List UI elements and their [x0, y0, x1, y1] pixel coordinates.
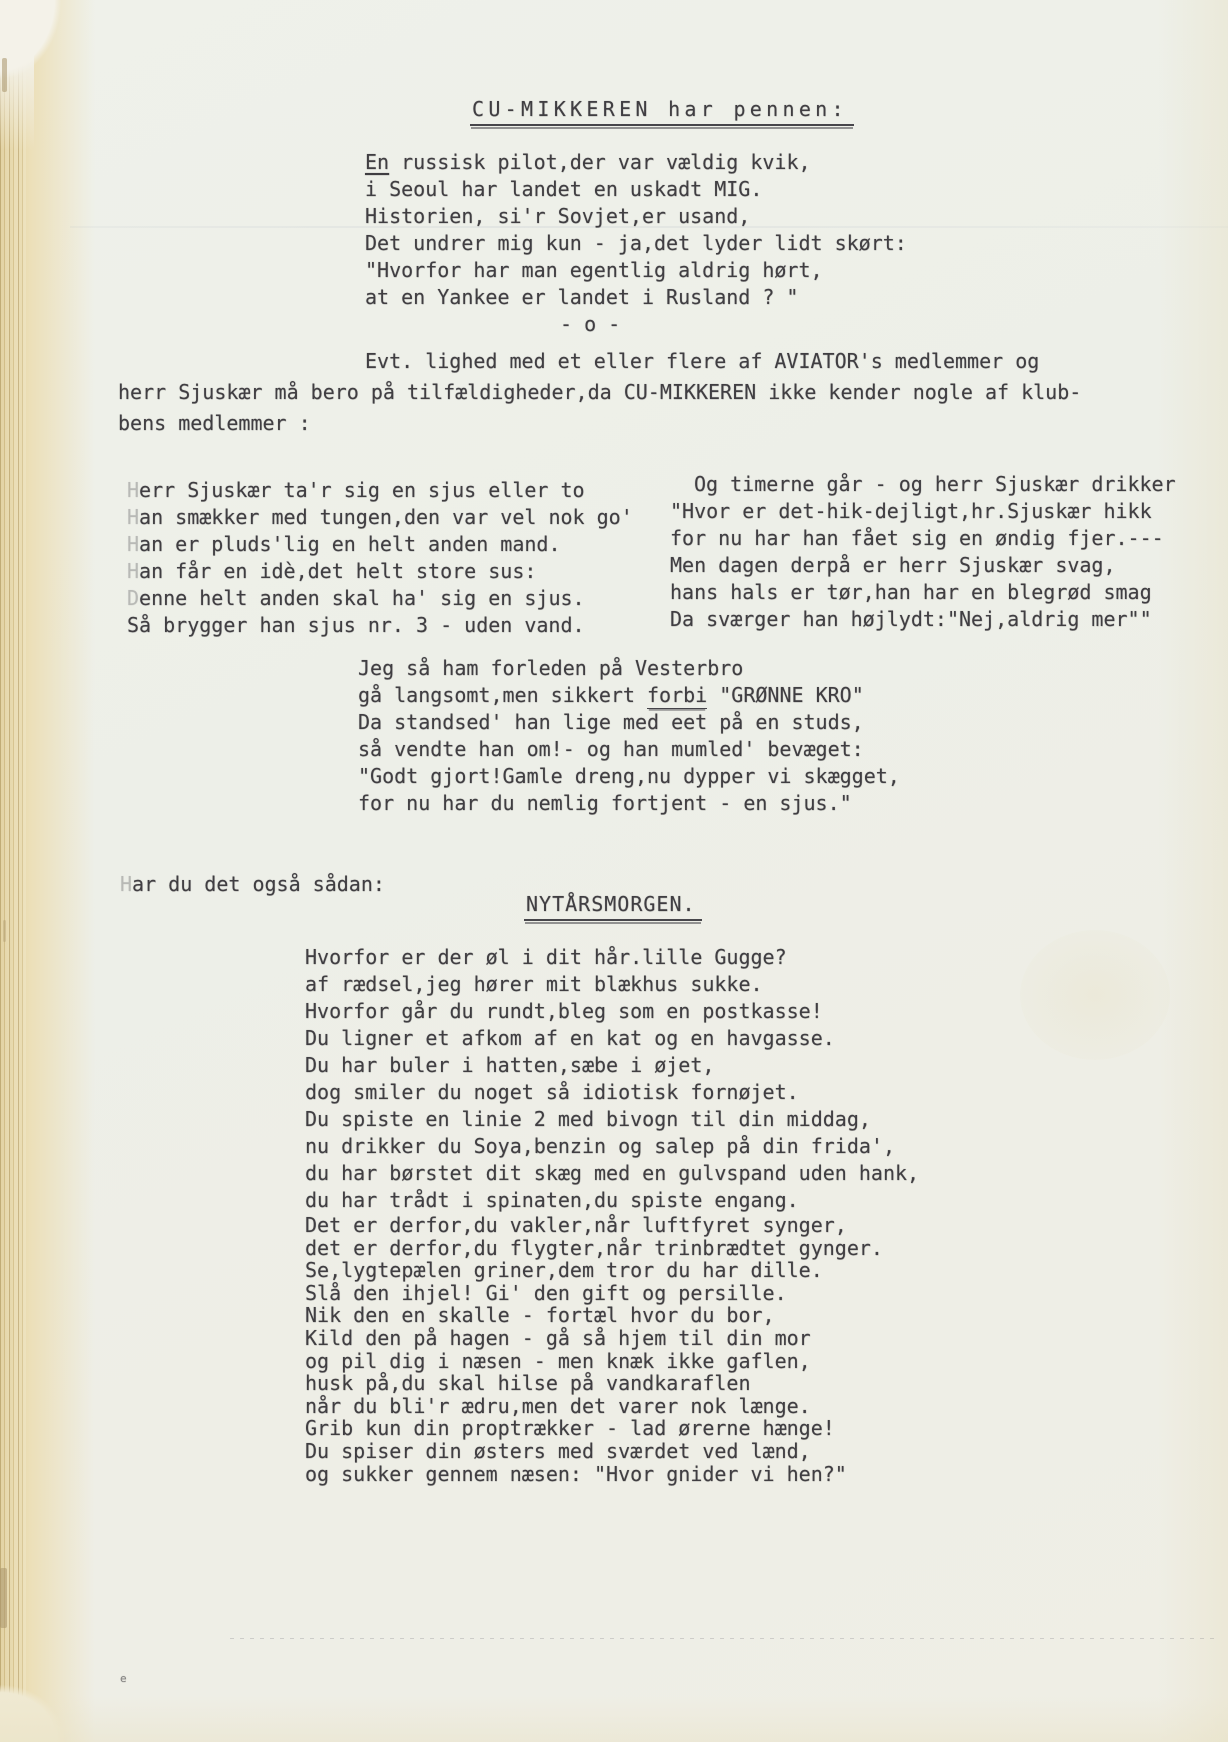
- text-line: Evt. lighed med et eller flere af AVIATO…: [118, 346, 1081, 377]
- faded-letters: D: [127, 586, 139, 610]
- poem-russian-pilot: En russisk pilot,der var vældig kvik,i S…: [365, 149, 907, 311]
- top-left-page-curl: [0, 0, 70, 90]
- poem-sjuskaer-right-column: Og timerne går - og herr Sjuskær drikker…: [670, 471, 1228, 633]
- paper-stain: [1020, 930, 1170, 1060]
- text-line: Herr Sjuskær ta'r sig en sjus eller to: [127, 477, 633, 504]
- lead-in-question: Har du det også sådan:: [120, 871, 385, 898]
- paper-crease-dotted: [230, 1638, 1218, 1639]
- text-line: i Seoul har landet en uskadt MIG.: [365, 176, 907, 203]
- faded-letters: H: [120, 872, 132, 896]
- text-line: Nik den en skalle - fortæl hvor du bor,: [305, 1304, 919, 1327]
- text-line: Du ligner et afkom af en kat og en havga…: [305, 1025, 919, 1052]
- text-line: Da sværger han højlydt:"Nej,aldrig mer"": [670, 606, 1228, 633]
- edge-tear-mark: [0, 1568, 7, 1628]
- text-line: nu drikker du Soya,benzin og salep på di…: [305, 1133, 919, 1160]
- text-line: du har børstet dit skæg med en gulvspand…: [305, 1160, 919, 1187]
- edge-tear-mark: [3, 920, 6, 942]
- line-segment: gå langsomt,men sikkert: [358, 683, 647, 707]
- text-line: Han får en idè,det helt store sus:: [127, 558, 633, 585]
- text-line: Da standsed' han lige med eet på en stud…: [358, 709, 900, 736]
- text-line: og pil dig i næsen - men knæk ikke gafle…: [305, 1350, 919, 1373]
- faded-letters: H: [127, 478, 139, 502]
- text-line: husk på,du skal hilse på vandkaraflen: [305, 1372, 919, 1395]
- text-line: "Godt gjort!Gamle dreng,nu dypper vi skæ…: [358, 763, 900, 790]
- faded-letters: H: [127, 559, 139, 583]
- text-line: du har trådt i spinaten,du spiste engang…: [305, 1187, 919, 1214]
- text-line: Grib kun din proptrækker - lad ørerne hæ…: [305, 1417, 919, 1440]
- line-segment: "GRØNNE KRO": [707, 683, 864, 707]
- separator-ornament: - o -: [560, 312, 620, 336]
- text-line: Han smækker med tungen,den var vel nok g…: [127, 504, 633, 531]
- text-line: Historien, si'r Sovjet,er usand,: [365, 203, 907, 230]
- text-line: af rædsel,jeg hører mit blækhus sukke.: [305, 971, 919, 998]
- text-line: Han er pluds'lig en helt anden mand.: [127, 531, 633, 558]
- poem-sjuskaer-left-column: Herr Sjuskær ta'r sig en sjus eller toHa…: [127, 477, 633, 639]
- text-line: Hvorfor går du rundt,bleg som en postkas…: [305, 998, 919, 1025]
- faded-letters: H: [127, 532, 139, 556]
- bottom-edge-tint: [0, 1696, 1228, 1742]
- text-line: for nu har han fået sig en øndig fjer.--…: [670, 525, 1228, 552]
- section-heading-nytaarsmorgen: NYTÅRSMORGEN.: [524, 892, 702, 921]
- text-line: så vendte han om!- og han mumled' bevæge…: [358, 736, 900, 763]
- faded-letters: H: [127, 505, 139, 529]
- text-line: Jeg så ham forleden på Vesterbro: [358, 655, 900, 682]
- edge-tear-mark: [2, 58, 7, 92]
- heading-underlined-text: CU-MIKKEREN har pennen:: [470, 97, 854, 126]
- heading-underlined-text: NYTÅRSMORGEN.: [524, 892, 702, 921]
- scanned-newsletter-page: CU-MIKKEREN har pennen: En russisk pilot…: [0, 0, 1228, 1742]
- text-line: Det er derfor,du vakler,når luftfyret sy…: [305, 1214, 919, 1237]
- text-line: og sukker gennem næsen: "Hvor gnider vi …: [305, 1463, 919, 1486]
- text-line: Hvorfor er der øl i dit hår.lille Gugge?: [305, 944, 919, 971]
- text-line: Du spiste en linie 2 med bivogn til din …: [305, 1106, 919, 1133]
- underlined-letters: En: [365, 150, 389, 174]
- text-line: Så brygger han sjus nr. 3 - uden vand.: [127, 612, 633, 639]
- stray-ink-mark: e: [120, 1672, 127, 1685]
- text-line: dog smiler du noget så idiotisk fornøjet…: [305, 1079, 919, 1106]
- text-line: når du bli'r ædru,men det varer nok læng…: [305, 1395, 919, 1418]
- underlined-word-forbi: forbi: [647, 683, 707, 709]
- text-line: Denne helt anden skal ha' sig en sjus.: [127, 585, 633, 612]
- poem-vesterbro: Jeg så ham forleden på Vesterbro gå lang…: [358, 655, 900, 817]
- text-line: Du har buler i hatten,sæbe i øjet,: [305, 1052, 919, 1079]
- text-line: Se,lygtepælen griner,dem tror du har dil…: [305, 1259, 919, 1282]
- text-line: for nu har du nemlig fortjent - en sjus.…: [358, 790, 900, 817]
- text-line: at en Yankee er landet i Rusland ? ": [365, 284, 907, 311]
- text-line: "Hvorfor har man egentlig aldrig hørt,: [365, 257, 907, 284]
- text-line: Kild den på hagen - gå så hjem til din m…: [305, 1327, 919, 1350]
- section-heading-cu-mikkeren: CU-MIKKEREN har pennen:: [470, 97, 854, 126]
- poem-nytaarsmorgen: Hvorfor er der øl i dit hår.lille Gugge?…: [305, 944, 919, 1485]
- text-line: En russisk pilot,der var vældig kvik,: [365, 149, 907, 176]
- text-line: det er derfor,du flygter,når trinbrædtet…: [305, 1237, 919, 1260]
- text-line: "Hvor er det-hik-dejligt,hr.Sjuskær hikk: [670, 498, 1228, 525]
- right-edge-tint: [1158, 0, 1228, 1742]
- text-line-with-underline: gå langsomt,men sikkert forbi "GRØNNE KR…: [358, 682, 900, 709]
- text-line: Og timerne går - og herr Sjuskær drikker: [670, 471, 1228, 498]
- disclaimer-paragraph: Evt. lighed med et eller flere af AVIATO…: [118, 346, 1081, 439]
- text-line: bens medlemmer :: [118, 408, 1081, 439]
- text-line: herr Sjuskær må bero på tilfældigheder,d…: [118, 377, 1081, 408]
- text-line: Det undrer mig kun - ja,det lyder lidt s…: [365, 230, 907, 257]
- text-line: Har du det også sådan:: [120, 871, 385, 898]
- page-stack-streaks: [0, 0, 26, 1742]
- poem-vesterbro-rest: Da standsed' han lige med eet på en stud…: [358, 709, 900, 817]
- text-line: hans hals er tør,han har en blegrød smag: [670, 579, 1228, 606]
- text-line: Men dagen derpå er herr Sjuskær svag,: [670, 552, 1228, 579]
- text-line: Du spiser din østers med sværdet ved læn…: [305, 1440, 919, 1463]
- text-line: Slå den ihjel! Gi' den gift og persille.: [305, 1282, 919, 1305]
